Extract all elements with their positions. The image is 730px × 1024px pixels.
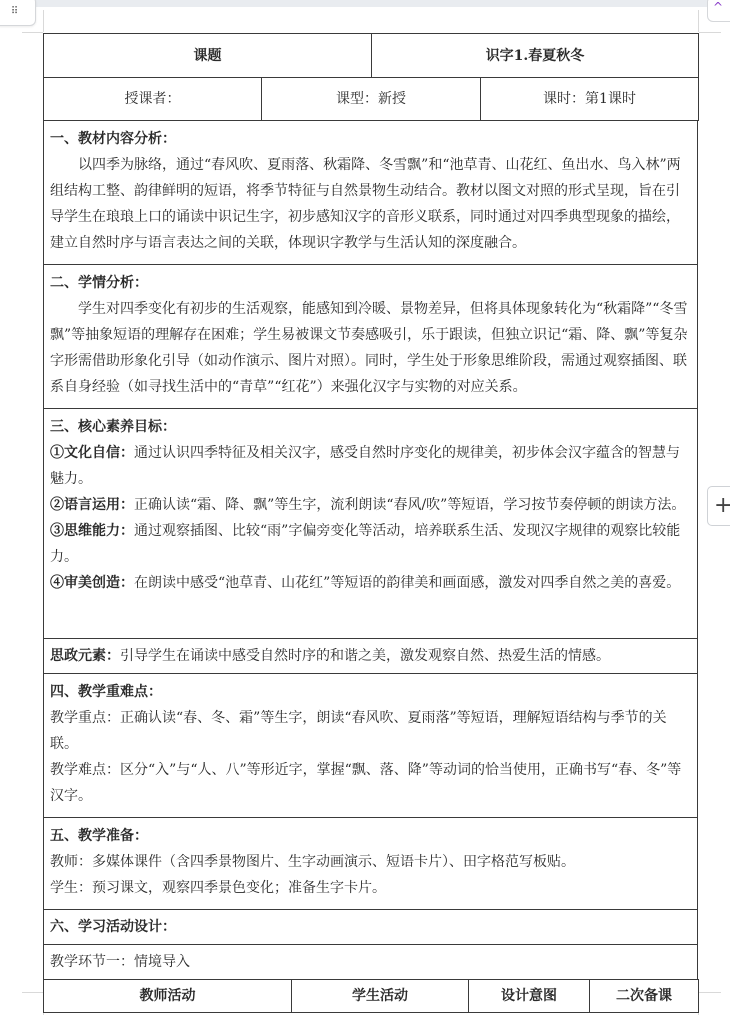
section-key-points: 四、教学重难点： 教学重点：正确认读“春、冬、霜”等生字，朗读“春风吹、夏雨落”… [44, 674, 698, 818]
key-point: 教学重点：正确认读“春、冬、霜”等生字，朗读“春风吹、夏雨落”等短语，理解短语结… [50, 705, 691, 757]
goal-item: ①文化自信：通过认识四季特征及相关汉字，感受自然时序变化的规律美，初步体会汉字蕴… [50, 440, 691, 492]
teacher-label: 授课者： [44, 78, 262, 121]
goal-label: ②语言运用： [50, 497, 134, 513]
section-body: 以四季为脉络，通过“春风吹、夏雨落、秋霜降、冬雪飘”和“池草青、山花红、鱼出水、… [50, 152, 691, 256]
section-ideology: 思政元素：引导学生在诵读中感受自然时序的和谐之美，激发观察自然、热爱生活的情感。 [44, 639, 698, 674]
section-core-goals: 三、核心素养目标： ①文化自信：通过认识四季特征及相关汉字，感受自然时序变化的规… [44, 409, 698, 639]
teacher-prep: 教师：多媒体课件（含四季景物图片、生字动画演示、短语卡片）、田字格范写板贴。 [50, 849, 691, 875]
section-heading: 三、核心素养目标： [50, 414, 691, 440]
lesson-period: 课时：第1课时 [481, 78, 699, 121]
ideology-label: 思政元素： [50, 648, 120, 664]
drag-handle-icon: ⠿ [11, 6, 19, 17]
add-block-button[interactable]: + [707, 486, 730, 526]
top-toolbar-strip [0, 0, 730, 7]
title-value: 识字1.春夏秋冬 [372, 34, 699, 78]
section-learner-analysis: 二、学情分析： 学生对四季变化有初步的生活观察，能感知到冷暖、景物差异，但将具体… [44, 265, 698, 409]
goal-text: 通过观察插图、比较“雨”字偏旁变化等活动，培养联系生活、发现汉字规律的观察比较能… [50, 523, 680, 565]
step-label: 教学环节一：情境导入 [50, 954, 190, 970]
section-activity-design: 六、学习活动设计： [44, 910, 698, 945]
teaching-step: 教学环节一：情境导入 [44, 945, 698, 980]
section-heading: 二、学情分析： [50, 270, 691, 296]
lesson-header-table: 课题 识字1.春夏秋冬 [43, 33, 699, 78]
goal-item: ④审美创造：在朗读中感受“池草青、山花红”等短语的韵律美和画面感，激发对四季自然… [50, 570, 691, 596]
col-design-intent: 设计意图 [469, 980, 590, 1013]
activity-columns-table: 教师活动 学生活动 设计意图 二次备课 [43, 979, 699, 1013]
lesson-meta-table: 授课者： 课型：新授 课时：第1课时 [43, 77, 699, 121]
section-body: 学生对四季变化有初步的生活观察，能感知到冷暖、景物差异，但将具体现象转化为“秋霜… [50, 296, 691, 400]
section-heading: 五、教学准备： [50, 823, 691, 849]
lesson-plan-document: 课题 识字1.春夏秋冬 授课者： 课型：新授 课时：第1课时 一、教材内容分析：… [43, 33, 698, 1013]
crop-mark [22, 32, 43, 33]
goal-text: 正确认读“霜、降、飘”等生字，流利朗读“春风/吹”等短语，学习按节奏停顿的朗读方… [134, 497, 685, 513]
goal-text: 在朗读中感受“池草青、山花红”等短语的韵律美和画面感，激发对四季自然之美的喜爱。 [134, 575, 680, 591]
section-heading: 一、教材内容分析： [50, 126, 691, 152]
title-label: 课题 [44, 34, 372, 78]
chevron-up-icon: ^ [713, 0, 723, 14]
student-prep: 学生：预习课文，观察四季景色变化；准备生字卡片。 [50, 875, 691, 901]
difficult-point: 教学难点：区分“入”与“人、八”等形近字，掌握“飘、落、降”等动词的恰当使用，正… [50, 757, 691, 809]
col-student-activity: 学生活动 [292, 980, 469, 1013]
goal-label: ①文化自信： [50, 445, 134, 461]
col-second-prep: 二次备课 [590, 980, 699, 1013]
corner-menu-button[interactable]: ^ [707, 0, 730, 22]
col-teacher-activity: 教师活动 [44, 980, 292, 1013]
plus-icon: + [714, 493, 730, 518]
ideology-text: 引导学生在诵读中感受自然时序的和谐之美，激发观察自然、热爱生活的情感。 [120, 648, 610, 664]
drag-handle-button[interactable]: ⠿ [0, 0, 36, 26]
goal-item: ②语言运用：正确认读“霜、降、飘”等生字，流利朗读“春风/吹”等短语，学习按节奏… [50, 492, 691, 518]
crop-mark [699, 992, 721, 993]
lesson-body-table: 一、教材内容分析： 以四季为脉络，通过“春风吹、夏雨落、秋霜降、冬雪飘”和“池草… [43, 120, 698, 980]
section-heading: 六、学习活动设计： [50, 919, 176, 935]
crop-mark [699, 32, 721, 33]
lesson-type: 课型：新授 [262, 78, 481, 121]
crop-mark [698, 10, 699, 32]
section-heading: 四、教学重难点： [50, 679, 691, 705]
crop-mark [22, 992, 43, 993]
goal-label: ④审美创造： [50, 575, 134, 591]
goal-text: 通过认识四季特征及相关汉字，感受自然时序变化的规律美，初步体会汉字蕴含的智慧与魅… [50, 445, 680, 487]
section-preparation: 五、教学准备： 教师：多媒体课件（含四季景物图片、生字动画演示、短语卡片）、田字… [44, 818, 698, 910]
goal-label: ③思维能力： [50, 523, 134, 539]
crop-mark [43, 10, 44, 32]
section-material-analysis: 一、教材内容分析： 以四季为脉络，通过“春风吹、夏雨落、秋霜降、冬雪飘”和“池草… [44, 121, 698, 265]
goal-item: ③思维能力：通过观察插图、比较“雨”字偏旁变化等活动，培养联系生活、发现汉字规律… [50, 518, 691, 570]
